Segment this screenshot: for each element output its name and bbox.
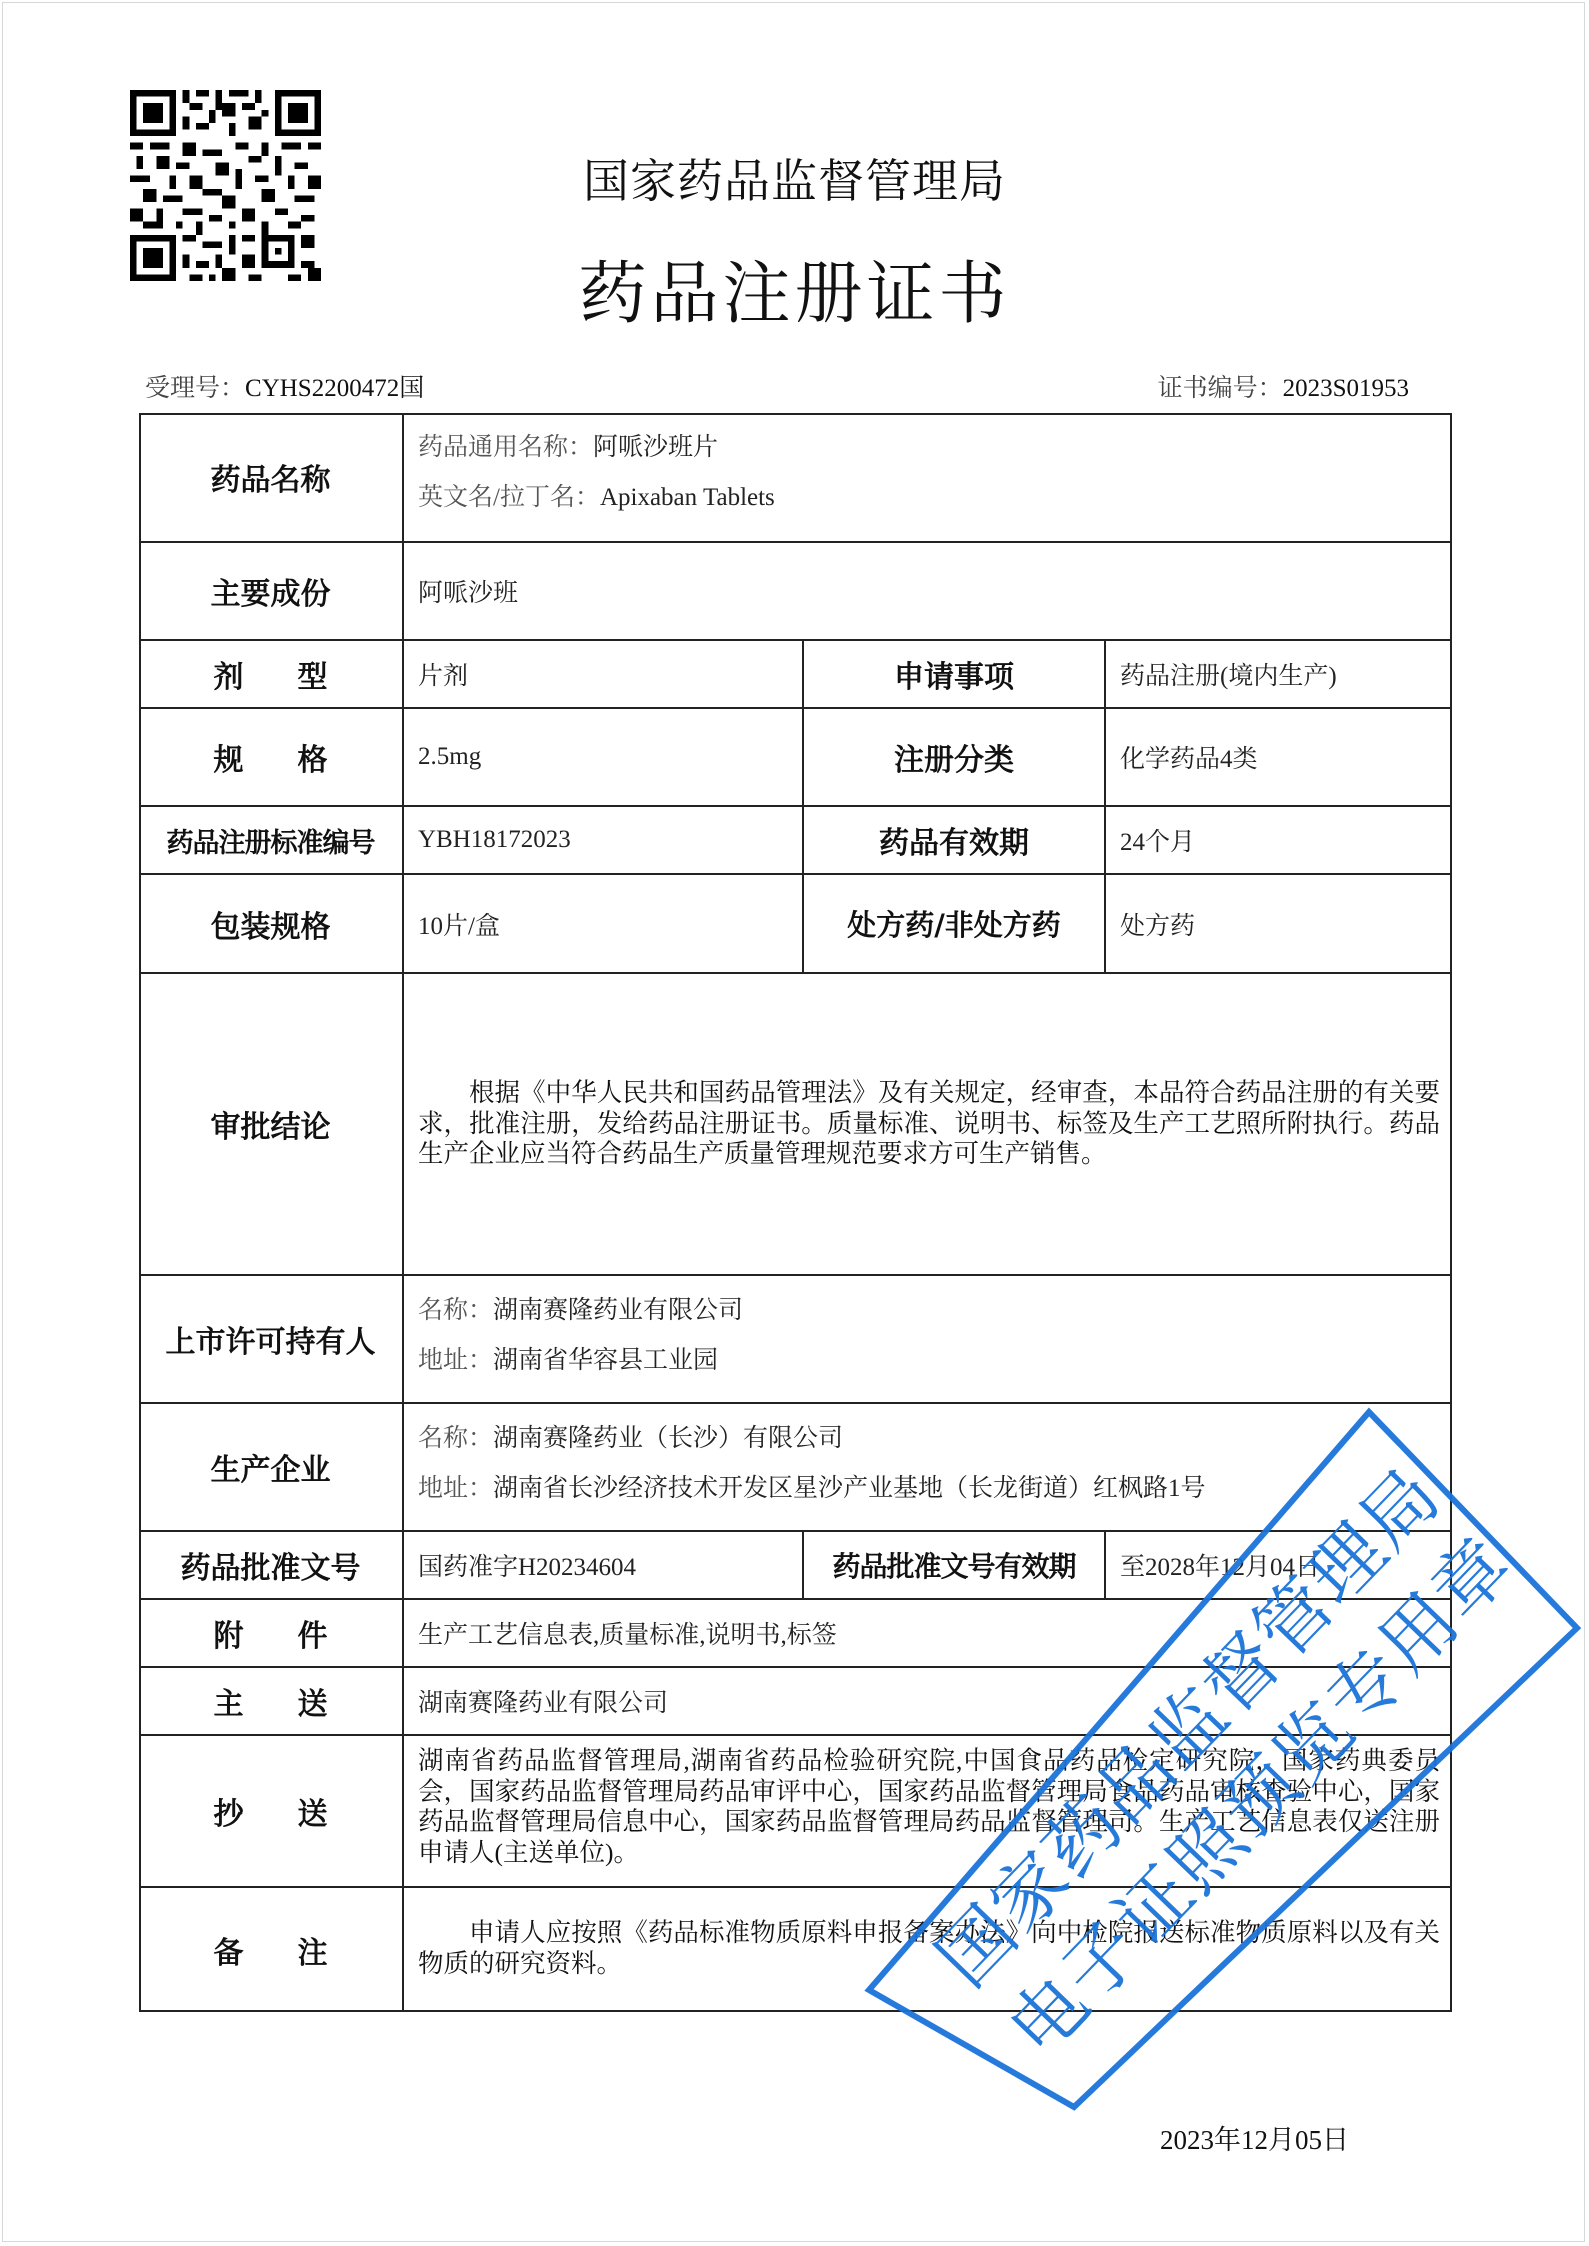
document-title-text: 药品注册证书 xyxy=(578,240,1010,337)
row-attachments: 附件 生产工艺信息表,质量标准,说明书,标签 xyxy=(139,1598,1452,1666)
label-main-recipient: 主送 xyxy=(139,1668,402,1734)
certificate-number: 证书编号：2023S01953 xyxy=(1158,368,1409,404)
label-dosage-form-text: 剂型 xyxy=(214,652,382,696)
english-name-line: 英文名/拉丁名：Apixaban Tablets xyxy=(418,477,775,513)
acceptance-number: 受理号：CYHS2200472国 xyxy=(145,368,424,404)
label-drug-name: 药品名称 xyxy=(139,413,402,541)
label-packaging: 包装规格 xyxy=(139,875,402,972)
row-approval-number: 药品批准文号 国药准字H20234604 药品批准文号有效期 至2028年12月… xyxy=(139,1530,1452,1598)
label-cc-text: 抄送 xyxy=(214,1789,382,1833)
certificate-label: 证书编号： xyxy=(1158,373,1283,402)
value-approval-number: 国药准字H20234604 xyxy=(402,1532,802,1598)
manufacturer-name-line: 名称：湖南赛隆药业（长沙）有限公司 xyxy=(418,1418,843,1454)
remarks-text: 申请人应按照《药品标准物质原料申报备案办法》向中检院报送标准物质原料以及有关物质… xyxy=(418,1918,1440,1979)
label-remarks: 备注 xyxy=(139,1888,402,2012)
mah-name-line: 名称：湖南赛隆药业有限公司 xyxy=(418,1290,743,1326)
row-manufacturer: 生产企业 名称：湖南赛隆药业（长沙）有限公司 地址：湖南省长沙经济技术开发区星沙… xyxy=(139,1402,1452,1530)
certificate-value: 2023S01953 xyxy=(1283,375,1409,402)
english-name-value: Apixaban Tablets xyxy=(600,484,775,511)
label-main-ingredient: 主要成份 xyxy=(139,543,402,639)
label-specification: 规格 xyxy=(139,709,402,805)
label-attachments-text: 附件 xyxy=(214,1611,382,1655)
label-dosage-form: 剂型 xyxy=(139,641,402,707)
manufacturer-address-label: 地址： xyxy=(418,1475,493,1502)
issuer-title: 国家药品监督管理局 xyxy=(0,145,1589,211)
row-main-recipient: 主送 湖南赛隆药业有限公司 xyxy=(139,1666,1452,1734)
value-remarks: 申请人应按照《药品标准物质原料申报备案办法》向中检院报送标准物质原料以及有关物质… xyxy=(402,1888,1452,2012)
manufacturer-name-value: 湖南赛隆药业（长沙）有限公司 xyxy=(493,1425,843,1452)
row-main-ingredient: 主要成份 阿哌沙班 xyxy=(139,541,1452,639)
mah-name-label: 名称： xyxy=(418,1297,493,1324)
conclusion-text: 根据《中华人民共和国药品管理法》及有关规定，经审查，本品符合药品注册的有关要求，… xyxy=(418,1078,1440,1170)
value-approval-validity: 至2028年12月04日 xyxy=(1104,1532,1452,1598)
label-remarks-text: 备注 xyxy=(214,1928,382,1972)
value-validity: 24个月 xyxy=(1104,807,1452,873)
document-title: 药品注册证书 xyxy=(0,240,1589,337)
row-cc: 抄送 湖南省药品监督管理局,湖南省药品检验研究院,中国食品药品检定研究院，国家药… xyxy=(139,1734,1452,1886)
label-standard-number: 药品注册标准编号 xyxy=(139,807,402,873)
label-specification-text: 规格 xyxy=(214,735,382,779)
value-standard-number: YBH18172023 xyxy=(402,807,802,873)
value-specification: 2.5mg xyxy=(402,709,802,805)
value-rx-type: 处方药 xyxy=(1104,875,1452,972)
label-main-recipient-text: 主送 xyxy=(214,1679,382,1723)
generic-name-label: 药品通用名称： xyxy=(418,434,593,461)
acceptance-value: CYHS2200472国 xyxy=(245,375,424,402)
value-drug-name: 药品通用名称：阿哌沙班片 英文名/拉丁名：Apixaban Tablets xyxy=(402,413,1452,541)
manufacturer-address-value: 湖南省长沙经济技术开发区星沙产业基地（长龙街道）红枫路1号 xyxy=(493,1475,1206,1502)
label-rx-type: 处方药/非处方药 xyxy=(802,875,1104,972)
row-specification: 规格 2.5mg 注册分类 化学药品4类 xyxy=(139,707,1452,805)
label-attachments: 附件 xyxy=(139,1600,402,1666)
issue-date: 2023年12月05日 xyxy=(1160,2118,1349,2157)
label-approval-validity: 药品批准文号有效期 xyxy=(802,1532,1104,1598)
label-manufacturer: 生产企业 xyxy=(139,1404,402,1530)
label-approval-number: 药品批准文号 xyxy=(139,1532,402,1598)
manufacturer-address-line: 地址：湖南省长沙经济技术开发区星沙产业基地（长龙街道）红枫路1号 xyxy=(418,1468,1206,1504)
value-application-item: 药品注册(境内生产) xyxy=(1104,641,1452,707)
acceptance-label: 受理号： xyxy=(145,373,245,402)
mah-name-value: 湖南赛隆药业有限公司 xyxy=(493,1297,743,1324)
generic-name-line: 药品通用名称：阿哌沙班片 xyxy=(418,427,718,463)
value-dosage-form: 片剂 xyxy=(402,641,802,707)
issuer-text: 国家药品监督管理局 xyxy=(583,145,1006,211)
value-main-recipient: 湖南赛隆药业有限公司 xyxy=(402,1668,1452,1734)
label-registration-class: 注册分类 xyxy=(802,709,1104,805)
label-conclusion: 审批结论 xyxy=(139,974,402,1274)
value-conclusion: 根据《中华人民共和国药品管理法》及有关规定，经审查，本品符合药品注册的有关要求，… xyxy=(402,974,1452,1274)
value-mah: 名称：湖南赛隆药业有限公司 地址：湖南省华容县工业园 xyxy=(402,1276,1452,1402)
generic-name-value: 阿哌沙班片 xyxy=(593,434,718,461)
manufacturer-name-label: 名称： xyxy=(418,1425,493,1452)
label-validity: 药品有效期 xyxy=(802,807,1104,873)
row-remarks: 备注 申请人应按照《药品标准物质原料申报备案办法》向中检院报送标准物质原料以及有… xyxy=(139,1886,1452,2012)
value-attachments: 生产工艺信息表,质量标准,说明书,标签 xyxy=(402,1600,1452,1666)
value-main-ingredient: 阿哌沙班 xyxy=(402,543,1452,639)
label-application-item: 申请事项 xyxy=(802,641,1104,707)
row-dosage-form: 剂型 片剂 申请事项 药品注册(境内生产) xyxy=(139,639,1452,707)
label-mah: 上市许可持有人 xyxy=(139,1276,402,1402)
english-name-label: 英文名/拉丁名： xyxy=(418,484,600,511)
row-standard-number: 药品注册标准编号 YBH18172023 药品有效期 24个月 xyxy=(139,805,1452,873)
row-drug-name: 药品名称 药品通用名称：阿哌沙班片 英文名/拉丁名：Apixaban Table… xyxy=(139,413,1452,541)
row-packaging: 包装规格 10片/盒 处方药/非处方药 处方药 xyxy=(139,873,1452,972)
row-conclusion: 审批结论 根据《中华人民共和国药品管理法》及有关规定，经审查，本品符合药品注册的… xyxy=(139,972,1452,1274)
value-registration-class: 化学药品4类 xyxy=(1104,709,1452,805)
value-packaging: 10片/盒 xyxy=(402,875,802,972)
row-mah: 上市许可持有人 名称：湖南赛隆药业有限公司 地址：湖南省华容县工业园 xyxy=(139,1274,1452,1402)
cc-text: 湖南省药品监督管理局,湖南省药品检验研究院,中国食品药品检定研究院，国家药典委员… xyxy=(418,1746,1440,1868)
mah-address-label: 地址： xyxy=(418,1347,493,1374)
value-cc: 湖南省药品监督管理局,湖南省药品检验研究院,中国食品药品检定研究院，国家药典委员… xyxy=(402,1736,1452,1886)
mah-address-value: 湖南省华容县工业园 xyxy=(493,1347,718,1374)
mah-address-line: 地址：湖南省华容县工业园 xyxy=(418,1340,718,1376)
label-cc: 抄送 xyxy=(139,1736,402,1886)
value-manufacturer: 名称：湖南赛隆药业（长沙）有限公司 地址：湖南省长沙经济技术开发区星沙产业基地（… xyxy=(402,1404,1452,1530)
